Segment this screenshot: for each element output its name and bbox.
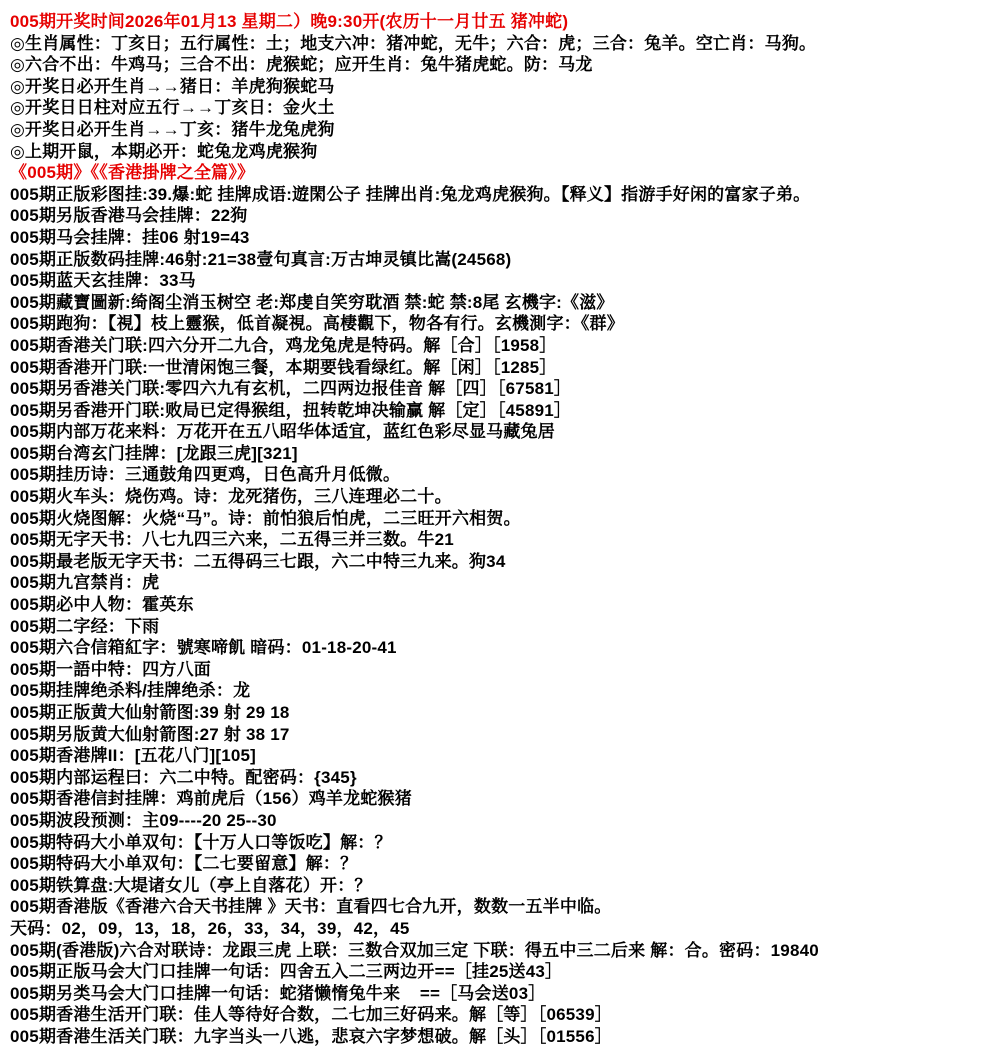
text-line: 005期(香港版)六合对联诗：龙跟三虎 上联：三数合双加三定 下联：得五中三二后…	[10, 940, 992, 962]
lottery-info-page: 005期开奖时间2026年01月13 星期二）晚9:30开(农历十一月廿五 猪冲…	[0, 0, 1000, 1051]
text-line: 005期特码大小单双句：【二七要留意】解：？	[10, 853, 992, 875]
text-line: 005期香港信封挂牌：鸡前虎后（156）鸡羊龙蛇猴猪	[10, 788, 992, 810]
lottery-text-content: 005期开奖时间2026年01月13 星期二）晚9:30开(农历十一月廿五 猪冲…	[10, 11, 992, 1048]
text-line: 005期必中人物：霍英东	[10, 594, 992, 616]
text-line: 005期挂牌绝杀料/挂牌绝杀：龙	[10, 680, 992, 702]
text-line: ◎生肖属性：丁亥日；五行属性：土；地支六冲：猪冲蛇，无牛；六合：虎；三合：兔羊。…	[10, 33, 992, 55]
text-line: ◎上期开鼠，本期必开：蛇兔龙鸡虎猴狗	[10, 141, 992, 163]
text-line: 005期六合信箱紅字：號寒啼飢 暗码：01-18-20-41	[10, 637, 992, 659]
text-line: 005期香港生活关门联：九字当头一八逃，悲哀六字梦想破。解［头］［01556］	[10, 1026, 992, 1048]
text-line: ◎六合不出：牛鸡马；三合不出：虎猴蛇；应开生肖：兔牛猪虎蛇。防：马龙	[10, 54, 992, 76]
text-line: ◎开奖日日柱对应五行→→丁亥日：金火土	[10, 97, 992, 119]
text-line: 005期香港牌II：[五花八门][105]	[10, 745, 992, 767]
text-line: 005期香港关门联:四六分开二九合，鸡龙兔虎是特码。解［合］［1958］	[10, 335, 992, 357]
text-line: 005期内部运程曰：六二中特。配密码：{345}	[10, 767, 992, 789]
text-line: 005期另香港开门联:败局已定得猴组，扭转乾坤决输赢 解［定］［45891］	[10, 400, 992, 422]
text-line: 005期跑狗：【視】枝上靈猴，低首凝視。高棲觀下，物各有行。玄機測字：《群》	[10, 313, 992, 335]
highlight-text-line: 《005期》《《香港掛牌之全篇》》	[10, 162, 992, 184]
text-line: 005期马会挂牌：挂06 射19=43	[10, 227, 992, 249]
text-line: ◎开奖日必开生肖→→猪日：羊虎狗猴蛇马	[10, 76, 992, 98]
text-line: 005期火车头：烧伤鸡。诗：龙死猪伤，三八连理必二十。	[10, 486, 992, 508]
text-line: 005期内部万花来料：万花开在五八昭华体适宜，蓝红色彩尽显马藏兔居	[10, 421, 992, 443]
text-line: 005期正版彩图挂:39.爆:蛇 挂牌成语:遊閑公子 挂牌出肖:兔龙鸡虎猴狗。【…	[10, 184, 992, 206]
text-line: 005期一語中特：四方八面	[10, 659, 992, 681]
text-line: 005期香港生活开门联：佳人等待好合数，二七加三好码来。解［等］［06539］	[10, 1004, 992, 1026]
text-line: 005期铁算盘:大堤诸女儿（亭上自落花）开：？	[10, 875, 992, 897]
text-line: 005期挂历诗：三通鼓角四更鸡，日色高升月低微。	[10, 464, 992, 486]
text-line: 005期九宫禁肖：虎	[10, 572, 992, 594]
text-line: 005期藏寶圖新:绮阁尘消玉树空 老:郑虔自笑穷耽酒 禁:蛇 禁:8尾 玄機字:…	[10, 292, 992, 314]
text-line: 天码：02，09，13，18，26，33，34，39，42，45	[10, 918, 992, 940]
text-line: 005期香港开门联:一世清闲饱三餐，本期要钱看绿红。解［闲］［1285］	[10, 357, 992, 379]
highlight-text-line: 005期开奖时间2026年01月13 星期二）晚9:30开(农历十一月廿五 猪冲…	[10, 11, 992, 33]
text-line: 005期另版黄大仙射箭图:27 射 38 17	[10, 724, 992, 746]
text-line: 005期特码大小单双句：【十万人口等饭吃】解：？	[10, 832, 992, 854]
text-line: 005期另类马会大门口挂牌一句话：蛇猪懒惰兔牛来 ==［马会送03］	[10, 983, 992, 1005]
text-line: 005期另香港关门联:零四六九有玄机，二四两边报佳音 解［四］［67581］	[10, 378, 992, 400]
text-line: 005期另版香港马会挂牌：22狗	[10, 205, 992, 227]
text-line: 005期台湾玄门挂牌：[龙跟三虎][321]	[10, 443, 992, 465]
text-line: 005期香港版《香港六合天书挂牌 》天书：直看四七合九开，数数一五半中临。	[10, 896, 992, 918]
text-line: 005期二字经：下雨	[10, 616, 992, 638]
text-line: 005期正版黄大仙射箭图:39 射 29 18	[10, 702, 992, 724]
text-line: 005期无字天书：八七九四三六来，二五得三并三数。牛21	[10, 529, 992, 551]
text-line: 005期最老版无字天书：二五得码三七跟，六二中特三九来。狗34	[10, 551, 992, 573]
text-line: 005期蓝天玄挂牌：33马	[10, 270, 992, 292]
text-line: ◎开奖日必开生肖→→丁亥：猪牛龙兔虎狗	[10, 119, 992, 141]
text-line: 005期正版马会大门口挂牌一句话：四舍五入二三两边开==［挂25送43］	[10, 961, 992, 983]
text-line: 005期火烧图解：火烧“马”。诗：前怕狼后怕虎，二三旺开六相贺。	[10, 508, 992, 530]
text-line: 005期波段预测：主09----20 25--30	[10, 810, 992, 832]
text-line: 005期正版数码挂牌:46射:21=38壹句真言:万古坤灵镇比嵩(24568)	[10, 249, 992, 271]
